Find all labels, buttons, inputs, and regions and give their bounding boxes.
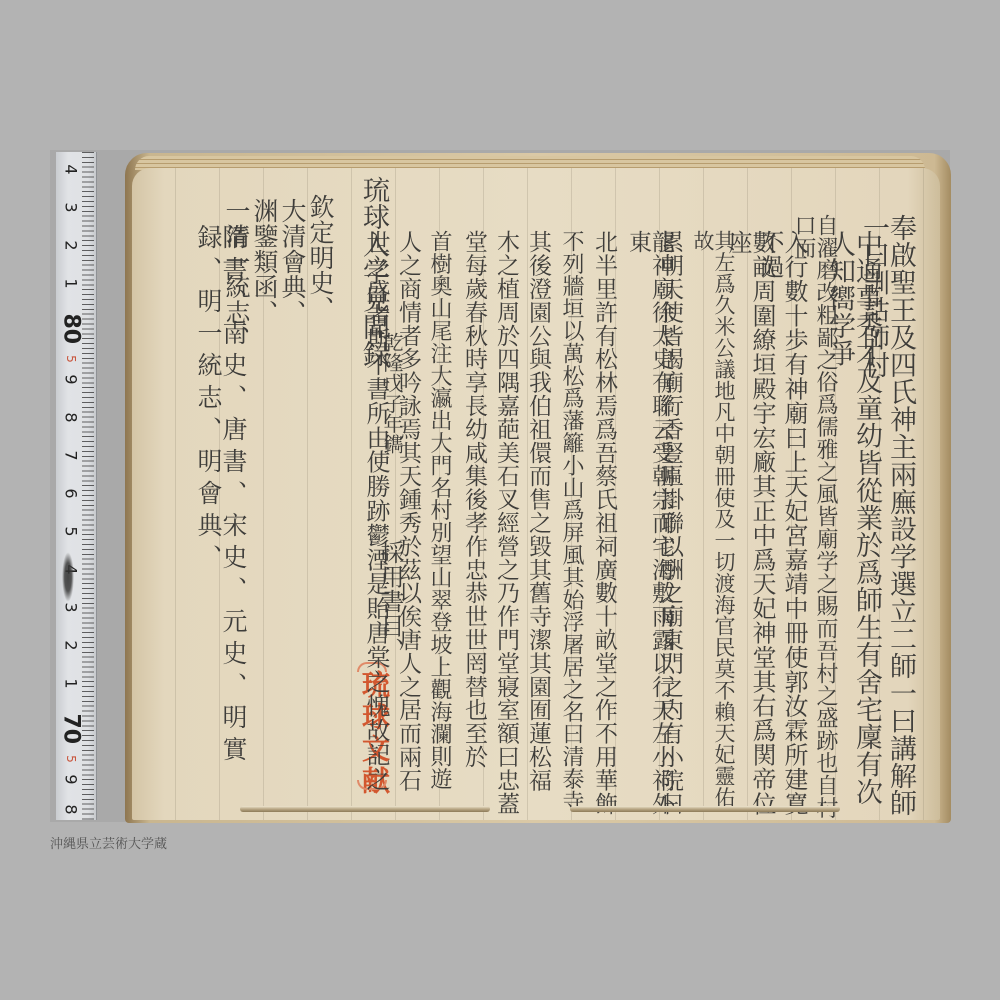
ruler-label: 5 bbox=[64, 748, 78, 770]
binding-stitch-left bbox=[240, 806, 490, 812]
source-item: 隋書、南史、唐書、宋史、元史、明實録、明一統志、明會典、 bbox=[196, 224, 246, 820]
binding-stitch-right bbox=[570, 806, 840, 812]
ruler-label: 8 bbox=[62, 407, 81, 429]
ruler-label: 5 bbox=[62, 521, 81, 543]
source-item: 欽定明史、 bbox=[308, 194, 333, 321]
text-column-11: 其後澄園公與我伯祖儇而售之毀其舊寺潔其園囿蓮松福 bbox=[526, 230, 549, 792]
manuscript-page: 琉球入学見聞録 乾隆戊子年鐫 採用書目、 琉球文献 欽定明史、 大清會典、 渊鑒… bbox=[132, 168, 940, 820]
ruler-label: 9 bbox=[62, 769, 81, 791]
ink-stain bbox=[62, 552, 74, 602]
ruler-ticks bbox=[82, 152, 94, 820]
ruler-label: 7 bbox=[62, 445, 81, 467]
ruler-label: 1 bbox=[62, 673, 81, 695]
ruler-label: 4 bbox=[62, 159, 81, 181]
text-column-6: 其左爲久米公議地凡中朝冊使及一切渡海官民莫不賴天妃靈佑故 bbox=[692, 230, 734, 820]
image-caption: 沖縄県立芸術大学蔵 bbox=[50, 833, 167, 852]
text-column-14: 首樹奧山尾注大瀛出大門名村別望山翠登坡上觀海瀾則遊 bbox=[428, 230, 450, 790]
ruler-label: 80 bbox=[59, 314, 84, 336]
ruler-label: 8 bbox=[62, 799, 81, 821]
ruler-label: 5 bbox=[64, 348, 78, 370]
ruler-label: 1 bbox=[62, 273, 81, 295]
source-item: 渊鑒類函、 bbox=[252, 198, 277, 325]
ruler-label: 9 bbox=[62, 369, 81, 391]
measuring-ruler: 4 3 2 1 80 5 9 8 7 6 5 4 3 2 1 70 5 9 8 bbox=[56, 152, 97, 820]
ruler-label: 70 bbox=[59, 714, 84, 736]
text-column-12: 木之植周於四隅嘉葩美石叉經營之乃作門堂寢室額曰忠蓋 bbox=[494, 230, 517, 815]
text-column-9: 北半里許有松林焉爲吾蔡氏祖祠廣數十畝堂之作不用華飾 bbox=[592, 230, 615, 815]
text-column-15: 人之商情者多吟詠焉其天鍾秀於茲以俟唐人之居而兩石 bbox=[396, 230, 419, 792]
text-column-16: 世之盛者斯不書所由使勝跡鬱湮是貽唐棠之愧故記之 bbox=[364, 230, 388, 791]
ruler-label: 2 bbox=[62, 235, 81, 257]
text-column-13: 堂每歲春秋時享長幼咸集後孝作忠恭世世罔替也至於 bbox=[462, 230, 485, 768]
text-column-10: 不列牆垣以萬松爲藩籬小山爲屏風其始浮屠居之名曰清泰寺 bbox=[560, 230, 582, 812]
text-column-8: 龍神廟徐太史有聯云受朝宗而宅海敷雨露以行天左小祠外東 bbox=[626, 230, 672, 820]
ruler-label: 2 bbox=[62, 635, 81, 657]
ruler-label: 3 bbox=[62, 197, 81, 219]
ruler-label: 6 bbox=[62, 483, 81, 505]
source-item: 大清會典、 bbox=[280, 198, 305, 325]
